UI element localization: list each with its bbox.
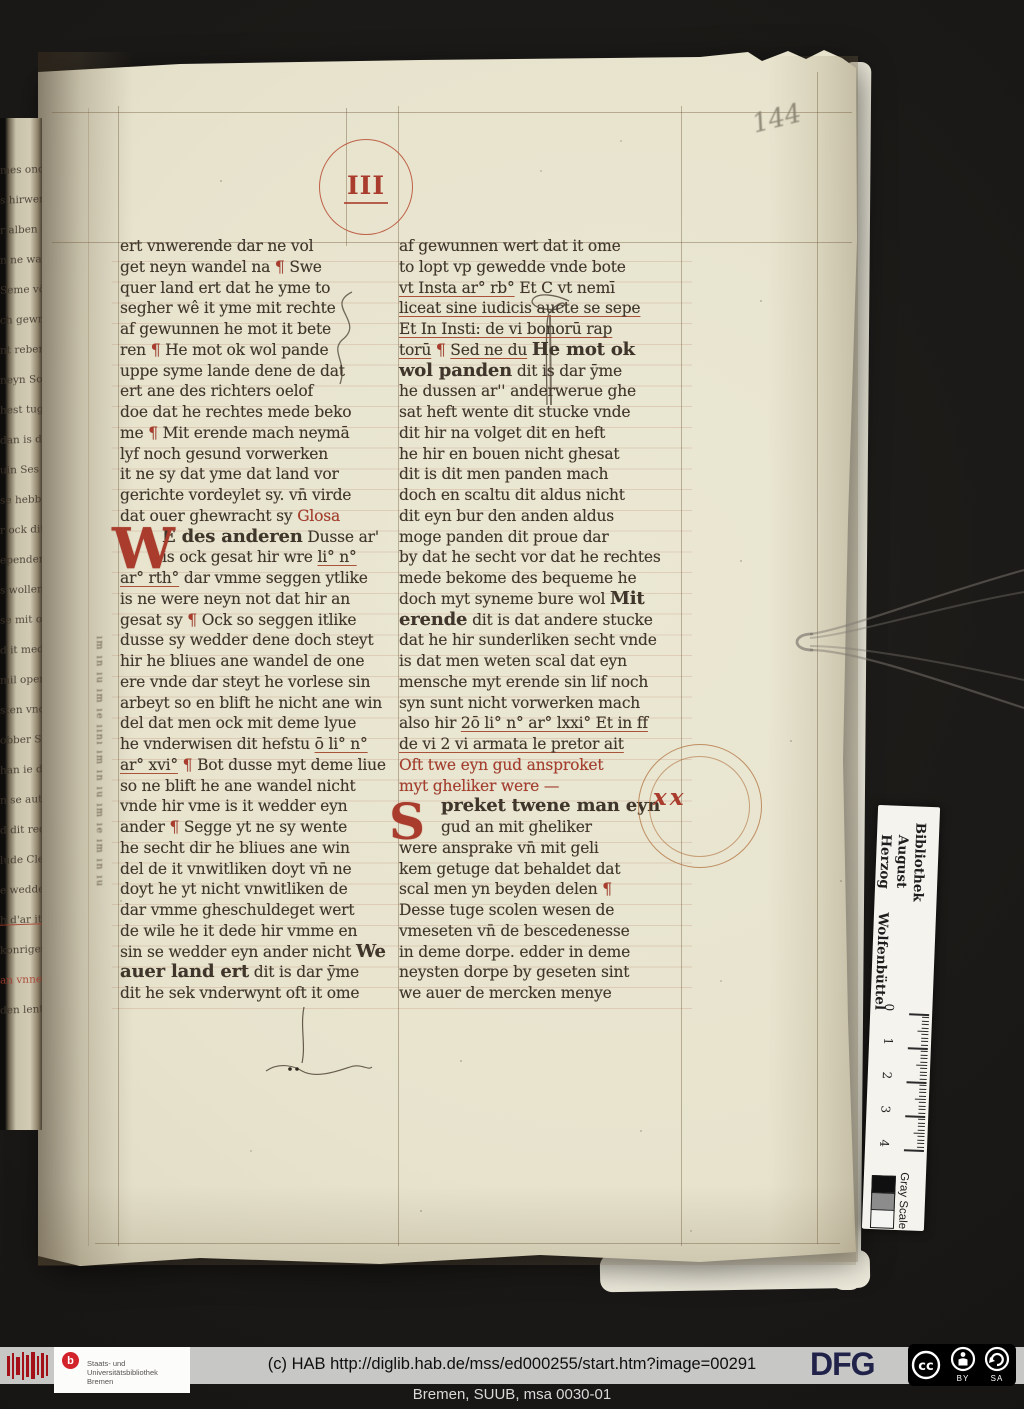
manuscript-line: vmeseten vn̄ de bescedenesse: [399, 921, 685, 942]
ruler-tick-mm: [918, 1112, 925, 1113]
prev-leaf-text-fragment: konriges b: [0, 943, 42, 974]
manuscript-line: erende dit is dat andere stucke: [399, 610, 685, 631]
prev-leaf-text-fragment: mil opende: [0, 673, 42, 704]
suub-line3: Bremen: [87, 1377, 158, 1386]
manuscript-line: ar° xvi° ¶ Bot dusse myt deme liue: [120, 755, 378, 776]
manuscript-column-left: ert vnwerende dar ne volget neyn wandel …: [120, 236, 378, 1004]
ruler-tick-mm: [914, 1133, 925, 1134]
quire-circle-top: III: [319, 139, 413, 235]
prev-leaf-text-fragment: uin Ses sola: [0, 463, 42, 494]
dfg-logo: DFG: [810, 1346, 875, 1384]
grayscale-label: Gray Scale: [896, 1172, 910, 1229]
manuscript-line: to lopt vp gewedde vnde bote: [399, 257, 685, 278]
manuscript-line: de wile he it dede hir vmme en: [120, 921, 378, 942]
image-caption: Bremen, SUUB, msa 0030-01: [0, 1386, 1024, 1403]
prev-leaf-fragments: mes ondes hirwertr alben mn ne waldSeme …: [0, 118, 42, 1035]
prev-leaf-text-fragment: mes onde: [0, 163, 42, 194]
manuscript-line: vt Insta ar° rb° Et C vt nemī: [399, 278, 685, 299]
ruler-tick-mm: [921, 1044, 928, 1045]
manuscript-line: lyf noch gesund vorwerken: [120, 444, 378, 465]
photo-background: III 144 ert vnwerende dar ne volget neyn…: [0, 0, 1024, 1409]
manuscript-line: dar vmme gheschuldeget wert: [120, 900, 378, 921]
manuscript-line: me ¶ Mit erende mach neymā: [120, 423, 378, 444]
ruler-number: 2: [880, 1071, 894, 1079]
ruler-tick-mm: [917, 1143, 924, 1144]
manuscript-line: ert ane des richters oelof: [120, 381, 378, 402]
prev-leaf-text-fragment: s wollen d: [0, 583, 42, 614]
manuscript-line: dit he sek vnderwynt oft it ome: [120, 983, 378, 1004]
ruler-tick-mm: [920, 1058, 927, 1059]
ruler-tick-mm: [921, 1041, 928, 1042]
prev-leaf-text-fragment: nt reben x: [0, 343, 42, 374]
manuscript-line: hir he bliues ane wandel de one: [120, 651, 378, 672]
ruler-tick-mm: [922, 1017, 929, 1018]
cc-license-badge: cc BY SA: [908, 1344, 1016, 1386]
ruling-line-vertical: [88, 108, 89, 1246]
ruler-tick-mm: [918, 1109, 925, 1110]
manuscript-line: arbeyt so en blift he nicht ane win: [120, 693, 378, 714]
manuscript-line: doch myt syneme bure wol Mit: [399, 589, 685, 610]
ruler-tick-mm: [920, 1075, 927, 1076]
manuscript-line: wol panden dit is dar ȳme: [399, 361, 685, 382]
ruler-number: 3: [878, 1105, 892, 1113]
prev-leaf-text-fragment: r alben m: [0, 223, 42, 254]
prev-leaf-text-fragment: n ne wald: [0, 253, 42, 284]
prev-leaf-text-fragment: Seme vör: [0, 283, 42, 314]
manuscript-line: del de it vnwitliken doyt vn̄ ne: [120, 859, 378, 880]
cc-by-label: BY: [948, 1374, 978, 1383]
manuscript-line: Oft twe eyn gud ansproket: [399, 755, 685, 776]
manuscript-line: dit eyn bur den anden aldus: [399, 506, 685, 527]
ruler-number: 1: [881, 1037, 895, 1045]
prev-leaf-text-fragment: se mit ode: [0, 613, 42, 644]
manuscript-line: in deme dorpe. edder in deme: [399, 942, 685, 963]
manuscript-line: sin se wedder eyn ander nicht We: [120, 942, 378, 963]
ruler-tick-mm: [922, 1024, 929, 1025]
prev-leaf-text-fragment: hest tugen: [0, 403, 42, 434]
ruler-tick-cm: [909, 1013, 929, 1016]
manuscript-line: dusse sy wedder dene doch steyt: [120, 630, 378, 651]
ruler-tick-mm: [922, 1027, 929, 1028]
manuscript-line: liceat sine iudicis aucte se sepe: [399, 298, 685, 319]
manuscript-line: Et In Insti: de vi bonorū rap: [399, 319, 685, 340]
manuscript-line: doyt he yt nicht vnwitliken de: [120, 879, 378, 900]
manuscript-line: it ne sy dat yme dat land vor: [120, 464, 378, 485]
manuscript-line: dit hir na volget dit en heft: [399, 423, 685, 444]
ruler-tick-mm: [919, 1102, 926, 1103]
prev-leaf-text-fragment: sten vnde f: [0, 703, 42, 734]
ruling-line-horizontal: [52, 112, 852, 113]
prev-leaf-text-fragment: n se aut d: [0, 793, 42, 824]
manuscript-line: af gewunnen wert dat it ome: [399, 236, 685, 257]
ruler-tick-mm: [915, 1099, 926, 1100]
red-initial-s: S: [389, 801, 425, 843]
manuscript-line: de vi 2 vi armata le pretor ait: [399, 734, 685, 755]
ruler-tick-mm: [918, 1119, 925, 1120]
manuscript-line: gerichte vordeylet sy. vn̄ virde: [120, 485, 378, 506]
ruler-tick-mm: [919, 1092, 926, 1093]
manuscript-line: vnde hir vme is it wedder eyn: [120, 796, 378, 817]
library-name-line2: Wolfenbüttel: [870, 911, 936, 1013]
ruler-tick-mm: [921, 1055, 928, 1056]
manuscript-line: by dat he secht vor dat he rechtes: [399, 547, 685, 568]
ruler-tick-cm: [904, 1149, 924, 1152]
ruler-tick-mm: [916, 1065, 927, 1066]
gutter-marginal-note: ım ın ıu ım ıe ıını ım ın ıu ım ıe ım ın…: [94, 636, 105, 956]
manuscript-line: he dussen ar'' anderwerue ghe: [399, 381, 685, 402]
prev-leaf-text-fragment: den lent: [0, 1003, 42, 1034]
manuscript-line: auer land ert dit is dar ȳme: [120, 962, 378, 983]
parchment-specks: [0, 0, 2, 2]
ruler-tick-mm: [921, 1051, 928, 1052]
ruler-tick-mm: [918, 1126, 925, 1127]
ruler-tick-cm: [908, 1047, 928, 1050]
manuscript-line: so ne blift he ane wandel nicht: [120, 776, 378, 797]
library-name-label: Herzog August Bibliothek Wolfenbüttel: [870, 811, 940, 1013]
ruling-line-horizontal: [95, 1243, 840, 1244]
prev-leaf-text-fragment: e wedder d: [0, 883, 42, 914]
prev-leaf-text-fragment: d it mede: [0, 643, 42, 674]
ruler-tick-mm: [922, 1021, 929, 1022]
ruler-tick-mm: [917, 1031, 928, 1032]
page-weight-wires: [784, 550, 1024, 750]
manuscript-line: dat he hir sunderliken secht vnde: [399, 630, 685, 651]
ruler-tick-mm: [920, 1072, 927, 1073]
manuscript-line: mede bekome des bequeme he: [399, 568, 685, 589]
prev-leaf-text-fragment: lude Cler: [0, 853, 42, 884]
grayscale-patch-white: [870, 1209, 895, 1229]
manuscript-line: he hir en bouen nicht ghesat: [399, 444, 685, 465]
prev-leaf-text-fragment: s hirwert: [0, 193, 42, 224]
manuscript-line: ert vnwerende dar ne vol: [120, 236, 378, 257]
manuscript-line: gesat sy ¶ Ock so seggen itlike: [120, 610, 378, 631]
prev-leaf-text-fragment: se hebben ke: [0, 493, 42, 524]
ruler-tick-mm: [921, 1034, 928, 1035]
prev-leaf-text-fragment: d dit rede: [0, 823, 42, 854]
manuscript-line: he secht dir he bliues ane win: [120, 838, 378, 859]
manuscript-line: he vnderwisen dit hefstu ō li° n°: [120, 734, 378, 755]
ruler-tick-mm: [919, 1095, 926, 1096]
manuscript-line: kem getuge dat behaldet dat: [399, 859, 685, 880]
prev-leaf-text-fragment: ependen er: [0, 553, 42, 584]
manuscript-line: torū ¶ Sed ne du He mot ok: [399, 340, 685, 361]
manuscript-line: also hir 2ō li° n° ar° lxxi° Et in ff: [399, 713, 685, 734]
ruler-tick-mm: [919, 1085, 926, 1086]
prev-leaf-text-fragment: r ock dit So: [0, 523, 42, 554]
manuscript-line: sat heft wente dit stucke vnde: [399, 402, 685, 423]
manuscript-line: were ansprake vn̄ mit geli: [399, 838, 685, 859]
prev-leaf-text-fragment: neyn Sosa: [0, 373, 42, 404]
manuscript-line: doch en scaltu dit aldus nicht: [399, 485, 685, 506]
ruler-tick-cm: [906, 1081, 926, 1084]
manuscript-line: neysten dorpe by geseten sint: [399, 962, 685, 983]
manuscript-line: is dat men weten scal dat eyn: [399, 651, 685, 672]
prev-leaf-text-fragment: han ie der: [0, 763, 42, 794]
quire-number-xx: xx: [653, 784, 686, 811]
manuscript-line: we auer de mercken menye: [399, 983, 685, 1004]
prev-leaf-text-fragment: an vnneren: [0, 973, 42, 1004]
page-bottom-shading: [38, 1185, 856, 1265]
manuscript-line: del dat men ock mit deme lyue: [120, 713, 378, 734]
manuscript-line: ere vnde dar steyt he vorlese sin: [120, 672, 378, 693]
manuscript-line: mensche myt erende sin lif noch: [399, 672, 685, 693]
ruler-number: 0: [882, 1003, 896, 1011]
quire-number-iii: III: [344, 171, 388, 204]
ruler-tick-mm: [920, 1061, 927, 1062]
pen-flourish-bottom: [246, 1005, 376, 1090]
manuscript-line: dit is dit men panden mach: [399, 464, 685, 485]
manuscript-line: doe dat he rechtes mede beko: [120, 402, 378, 423]
ruler-number: 4: [877, 1139, 891, 1147]
ruler-tick-mm: [919, 1106, 926, 1107]
manuscript-line: scal men yn beyden delen ¶: [399, 879, 685, 900]
manuscript-line: Desse tuge scolen wesen de: [399, 900, 685, 921]
ruler-tick-mm: [918, 1129, 925, 1130]
svg-text:cc: cc: [918, 1359, 933, 1374]
manuscript-line: is ne were neyn not dat hir an: [120, 589, 378, 610]
ruler-tick-mm: [919, 1089, 926, 1090]
manuscript-line: ander ¶ Segge yt ne sy wente: [120, 817, 378, 838]
manuscript-line: segher wê it yme mit rechte: [120, 298, 378, 319]
manuscript-line: moge panden dit proue dar: [399, 527, 685, 548]
manuscript-line: ren ¶ He mot ok wol pande: [120, 340, 378, 361]
ruler-tick-mm: [920, 1078, 927, 1079]
ruler-tick-mm: [920, 1068, 927, 1069]
library-name-line1: Herzog August Bibliothek: [874, 811, 940, 913]
manuscript-line: af gewunnen he mot it bete: [120, 319, 378, 340]
red-initial-w: W: [112, 527, 175, 571]
ruler-tick-mm: [921, 1038, 928, 1039]
prev-leaf-text-fragment: h d'ar it: [0, 913, 42, 944]
ruler-tick-mm: [917, 1140, 924, 1141]
ruler-tick-mm: [917, 1146, 924, 1147]
cc-sa-label: SA: [982, 1374, 1012, 1383]
manuscript-line: get neyn wandel na ¶ Swe: [120, 257, 378, 278]
ruler-tick-mm: [917, 1136, 924, 1137]
prev-leaf-text-fragment: ch gewne: [0, 313, 42, 344]
prev-leaf-text-fragment: obber Sie le: [0, 733, 42, 764]
ruler-tick-cm: [905, 1115, 925, 1118]
previous-leaf-edge: mes ondes hirwertr alben mn ne waldSeme …: [0, 118, 42, 1130]
ruler-tick-mm: [918, 1123, 925, 1124]
manuscript-line: syn sunt nicht vorwerken mach: [399, 693, 685, 714]
prev-leaf-text-fragment: dan is dor: [0, 433, 42, 464]
manuscript-line: quer land ert dat he yme to: [120, 278, 378, 299]
manuscript-column-right: af gewunnen wert dat it ometo lopt vp ge…: [399, 236, 685, 1004]
manuscript-line: uppe syme lande dene de dat: [120, 361, 378, 382]
